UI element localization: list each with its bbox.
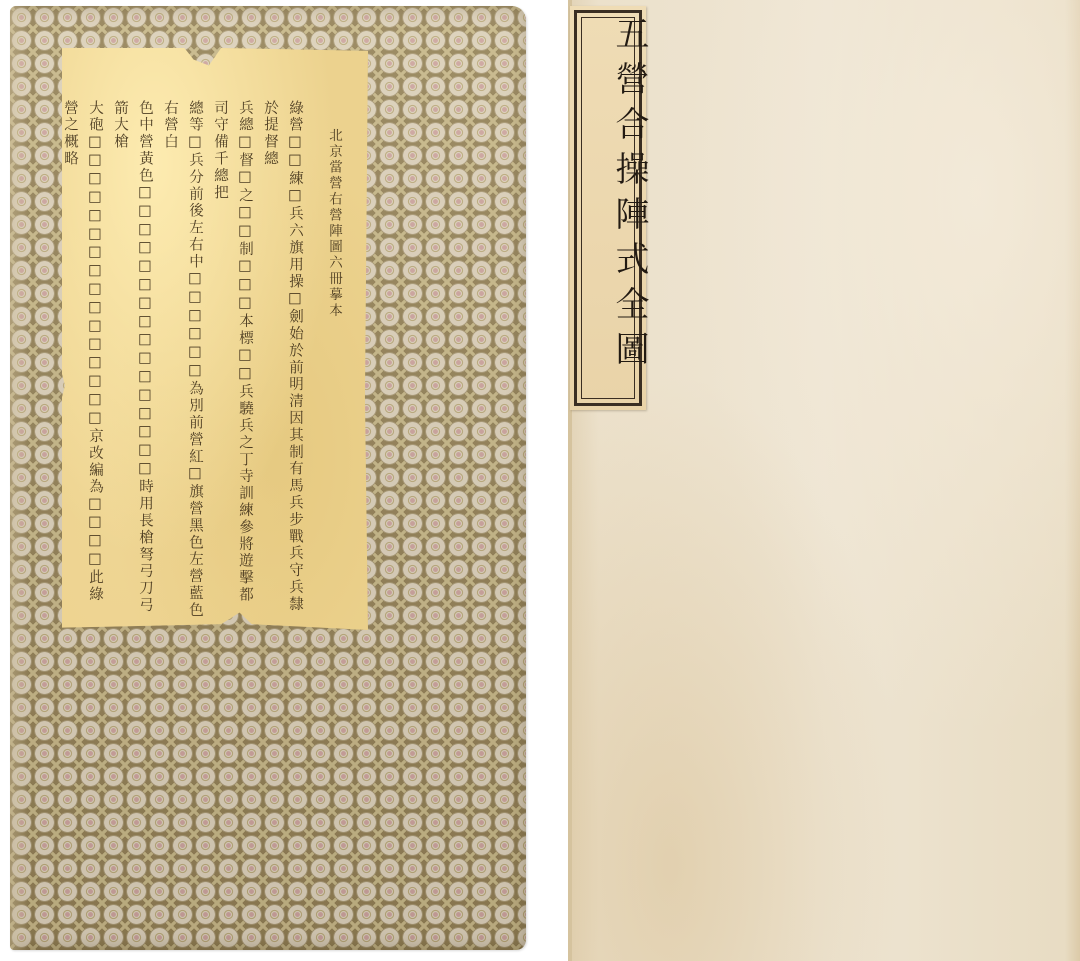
manuscript-column-end: 也 — [24, 100, 49, 620]
manuscript-column: 綠營□□練□兵六旗用操□劍始於前明清因其制有馬兵步戰兵守兵隸於提督總 — [257, 100, 307, 620]
manuscript-column: 色中營黃色□□□□□□□□□□□□□□□□時用長槍弩弓刀弓箭大槍 — [107, 100, 157, 620]
manuscript-column: 兵總□督□之□□制□□□本標□□兵驍兵之丁寺訓練參將遊擊都司守備千總把 — [207, 100, 257, 620]
manuscript-label: 北京當營右營陣圖六冊摹本 綠營□□練□兵六旗用操□劍始於前明清因其制有馬兵步戰兵… — [62, 48, 368, 630]
manuscript-column: 大砲□□□□□□□□□□□□□□□□京改編為□□□□此綠營之概略 — [57, 100, 107, 620]
manuscript-column: 總等□兵分前後左右中□□□□□□為別前營紅□旗營黑色左營藍色右營白 — [157, 100, 207, 620]
manuscript-column-heading: 北京當營右營陣圖六冊摹本 — [321, 100, 346, 620]
book-title: 五營合操陣式全圖 — [570, 16, 646, 376]
manuscript-text: 北京當營右營陣圖六冊摹本 綠營□□練□兵六旗用操□劍始於前明清因其制有馬兵步戰兵… — [24, 100, 346, 620]
left-book-cover: 北京當營右營陣圖六冊摹本 綠營□□練□兵六旗用操□劍始於前明清因其制有馬兵步戰兵… — [10, 6, 526, 950]
right-book-cover: 五營合操陣式全圖 — [568, 0, 1080, 961]
title-slip: 五營合操陣式全圖 — [570, 6, 646, 410]
